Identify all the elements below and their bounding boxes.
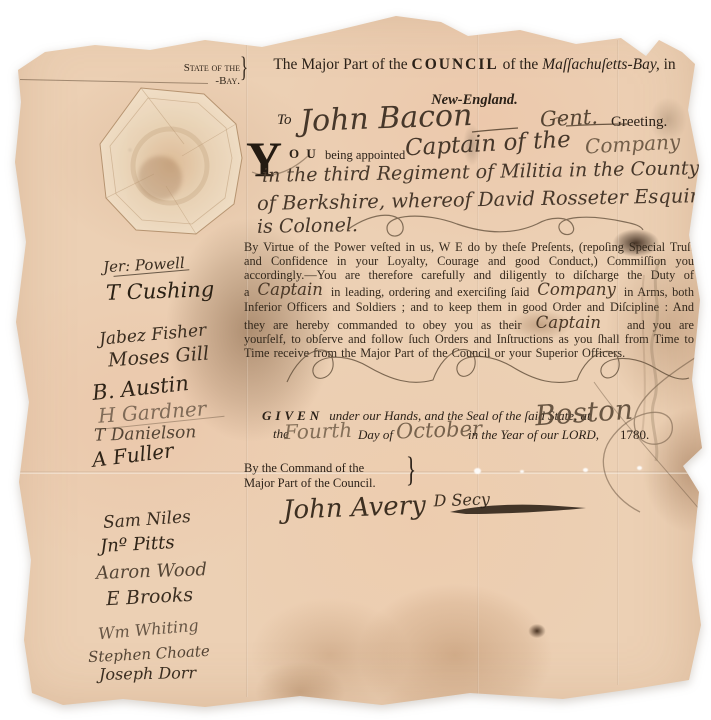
command-line2: Major Part of the Council. bbox=[244, 476, 414, 491]
state-caption: State of the -Bay. bbox=[152, 62, 240, 88]
company-handwriting: Company bbox=[584, 130, 680, 159]
paper-wear-speck bbox=[637, 466, 642, 470]
commission-document: State of the -Bay. } The Major Part of t… bbox=[0, 0, 711, 720]
year-phrase-label: in the Year of our LORD, bbox=[468, 427, 599, 443]
state-caption-line1: State of the bbox=[152, 62, 240, 75]
document-title: The Major Part of the COUNCIL of the Maſ… bbox=[252, 56, 697, 74]
council-signature: Aaron Wood bbox=[96, 559, 208, 584]
command-block: By the Command of the Major Part of the … bbox=[244, 461, 414, 491]
state-caption-line2: -Bay. bbox=[152, 75, 240, 88]
is-colonel-handwriting: is Colonel. bbox=[257, 214, 358, 238]
title-council: COUNCIL bbox=[412, 56, 499, 73]
commission-paragraph: By Virtue of the Power veſted in us, W E… bbox=[244, 241, 694, 361]
inline-captain-handwriting: Captain bbox=[257, 280, 322, 299]
being-appointed-label: being appointed bbox=[325, 148, 405, 163]
council-signature: E Brooks bbox=[105, 584, 193, 611]
inline-captain2-handwriting: Captain bbox=[536, 313, 601, 332]
council-signature: Joseph Dorr bbox=[99, 663, 196, 684]
council-signature: T Cushing bbox=[106, 277, 215, 305]
octagonal-embossed-paper-seal-icon bbox=[96, 86, 246, 238]
council-signature: Sam Niles bbox=[102, 507, 191, 533]
paper-wear-speck bbox=[474, 468, 481, 474]
title-mid: of the bbox=[499, 56, 542, 73]
state-caption-brace: } bbox=[240, 51, 248, 85]
county-colonel-line-handwriting: of Berkshire, whereof David Rosseter Esq… bbox=[257, 184, 711, 215]
paper-wear-speck bbox=[520, 470, 524, 473]
title-suffix: in bbox=[660, 56, 676, 73]
year-value: 1780. bbox=[620, 427, 649, 443]
command-line1: By the Command of the bbox=[244, 461, 414, 476]
command-brace: } bbox=[406, 450, 416, 491]
secretary-signature: John AveryD Secy bbox=[283, 488, 491, 525]
photo-background: State of the -Bay. } The Major Part of t… bbox=[0, 0, 711, 720]
council-signature: Jnº Pitts bbox=[100, 532, 176, 557]
council-signature: Wm Whiting bbox=[97, 616, 199, 644]
paragraph-part2: in leading, ordering and exerciſing ſaid bbox=[331, 285, 529, 299]
day-handwriting: Fourth bbox=[284, 418, 353, 444]
title-colony: Maſſachuſetts-Bay, bbox=[542, 56, 660, 73]
inline-company-handwriting: Company bbox=[537, 280, 616, 299]
to-label: To bbox=[277, 112, 291, 129]
greeting-label: Greeting. bbox=[611, 114, 667, 131]
secretary-title: D Secy bbox=[433, 489, 490, 510]
title-pre: The Major Part of the bbox=[273, 56, 411, 73]
council-signature: Jer: Powell bbox=[103, 254, 186, 276]
document-wrap: State of the -Bay. } The Major Part of t… bbox=[0, 0, 711, 720]
day-of-label: Day of bbox=[358, 427, 393, 443]
you-caps: O U bbox=[289, 146, 318, 162]
secretary-name: John Avery bbox=[283, 491, 427, 526]
paper-wear-speck bbox=[583, 468, 588, 472]
